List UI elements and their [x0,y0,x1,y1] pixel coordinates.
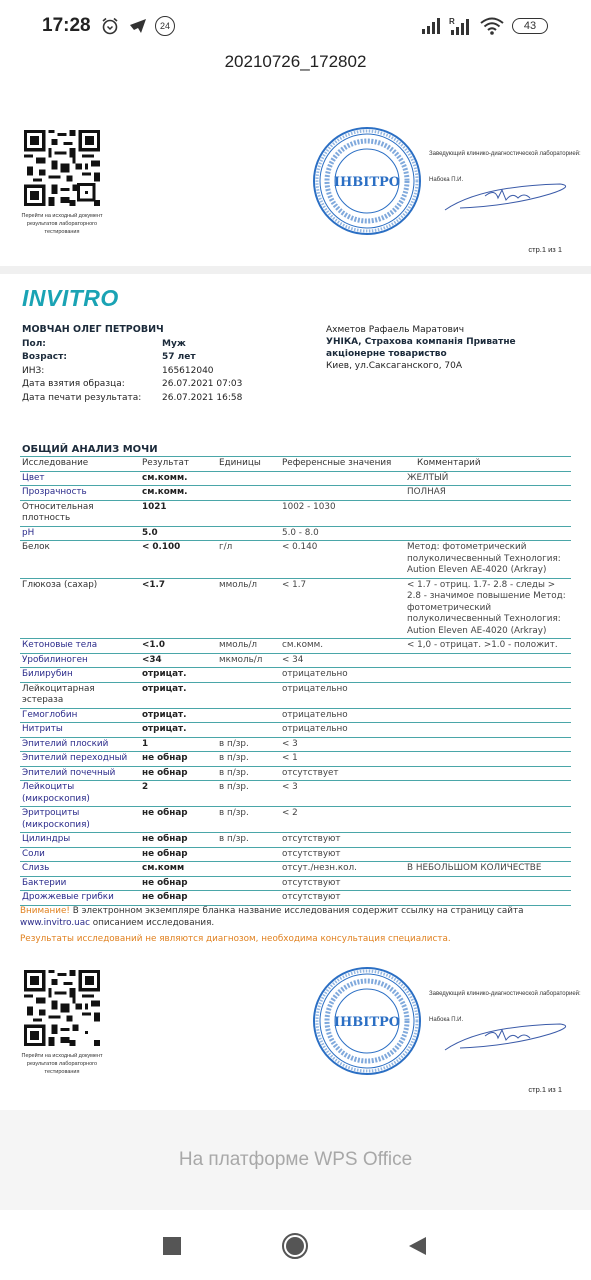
qr-code[interactable] [24,970,100,1046]
field-label: Дата взятия образца: [22,379,162,389]
field-value: 165612040 [162,366,214,376]
reference-value: < 0.140 [280,541,405,555]
comment-text [405,709,571,711]
table-row: Эритроциты (микроскопия)не обнарв п/зр.<… [20,807,571,833]
reference-value [280,472,405,474]
test-name-link[interactable]: Бактерии [20,877,140,891]
page-number: стр.1 из 1 [528,245,562,254]
units-value: в п/зр. [217,767,280,781]
comment-text: < 1,0 - отрицат. >1.0 - положит. [405,639,571,653]
reference-value: 1002 - 1030 [280,501,405,515]
table-row: Относительная плотность10211002 - 1030 [20,501,571,527]
signature-image [440,176,575,216]
disclaimer: Результаты исследований не являются диаг… [20,934,451,944]
table-row: pH5.05.0 - 8.0 [20,527,571,542]
result-value: не обнар [140,752,217,766]
table-row: Билирубинотрицат.отрицательно [20,668,571,683]
comment-text [405,668,571,670]
comment-text [405,781,571,783]
table-row: Уробилиноген<34мкмоль/л< 34 [20,654,571,669]
units-value [217,501,280,503]
reference-value: отрицательно [280,668,405,682]
units-value: в п/зр. [217,781,280,795]
patient-info: МОВЧАН ОЛЕГ ПЕТРОВИЧ Пол: Муж Возраст: 5… [22,324,242,405]
result-value: 2 [140,781,217,795]
notice-text: В электронном экземпляре бланка название… [70,906,524,916]
table-row: Цветсм.комм.ЖЕЛТЫЙ [20,472,571,487]
test-name-link[interactable]: Эпителий плоский [20,738,140,752]
units-value [217,848,280,850]
result-value: <1.7 [140,579,217,593]
reference-value: отрицательно [280,709,405,723]
table-row: Слизьсм.коммотсут./незн.кол.В НЕБОЛЬШОМ … [20,862,571,877]
signer-title: Заведующий клинико-диагностической лабор… [429,990,581,999]
units-value [217,709,280,711]
table-row: Глюкоза (сахар)<1.7ммоль/л< 1.7< 1.7 - о… [20,579,571,640]
table-row: Дрожжевые грибкине обнаротсутствуют [20,891,571,906]
test-name-link[interactable]: Слизь [20,862,140,876]
reference-value: отсутствуют [280,891,405,905]
result-value: не обнар [140,848,217,862]
reference-value: 5.0 - 8.0 [280,527,405,541]
clinic-address: Киев, ул.Саксаганского, 70А [326,360,546,372]
comment-text [405,877,571,879]
result-value: не обнар [140,767,217,781]
comment-text [405,848,571,850]
reference-value: < 3 [280,781,405,795]
units-value [217,683,280,685]
result-value: 1021 [140,501,217,515]
status-time: 17:28 [42,15,91,37]
patient-age-row: Возраст: 57 лет [22,351,242,365]
result-value: не обнар [140,807,217,821]
notice: Внимание! В электронном экземпляре бланк… [20,906,575,929]
wifi-icon [480,15,504,37]
navigation-bar [0,1210,591,1280]
wps-platform-text: На платформе WPS Office [179,1149,412,1171]
table-row: Эпителий переходныйне обнарв п/зр.< 1 [20,752,571,767]
circle-icon [281,1232,309,1260]
units-value [217,877,280,879]
comment-text [405,683,571,685]
test-name-link[interactable]: Нитриты [20,723,140,737]
comment-text [405,752,571,754]
field-value: 26.07.2021 07:03 [162,379,242,389]
stamp-seal-icon: ІНВІТРО [312,966,422,1076]
clinic-info: Ахметов Рафаель Маратович УНІКА, Страхов… [326,324,546,372]
comment-text [405,807,571,809]
test-name-link[interactable]: Соли [20,848,140,862]
signer-title: Заведующий клинико-диагностической лабор… [429,150,581,159]
page-number: стр.1 из 1 [528,1085,562,1094]
units-value: в п/зр. [217,833,280,847]
notice-text-end: описанием исследования. [90,918,214,928]
table-row: Кетоновые тела<1.0ммоль/лсм.комм.< 1,0 -… [20,639,571,654]
stamp-seal-icon: ІНВІТРО [312,126,422,236]
test-name-link[interactable]: Цилиндры [20,833,140,847]
patient-inz-row: ИНЗ: 165612040 [22,364,242,378]
home-button[interactable] [281,1232,309,1260]
document-title: 20210726_172802 [0,52,591,72]
svg-text:ІНВІТРО: ІНВІТРО [334,175,400,190]
result-value: отрицат. [140,683,217,697]
reference-value: < 1 [280,752,405,766]
back-triangle-icon [406,1235,428,1257]
square-icon [162,1236,182,1256]
reference-value: отсутствует [280,767,405,781]
units-value: ммоль/л [217,639,280,653]
test-name: Белок [20,541,140,555]
units-value [217,723,280,725]
units-value [217,668,280,670]
field-value: 26.07.2021 16:58 [162,393,242,403]
test-name-link[interactable]: Эпителий почечный [20,767,140,781]
test-name: Относительная плотность [20,501,140,526]
reference-value: < 2 [280,807,405,821]
column-header: Исследование [20,457,140,471]
reference-value: отсутствуют [280,848,405,862]
qr-code[interactable] [24,130,100,206]
reference-value: отсутствуют [280,877,405,891]
comment-text: ПОЛНАЯ [405,486,571,500]
units-value: ммоль/л [217,579,280,593]
table-row: Прозрачностьсм.комм.ПОЛНАЯ [20,486,571,501]
result-value: не обнар [140,891,217,905]
patient-name: МОВЧАН ОЛЕГ ПЕТРОВИЧ [22,324,242,335]
comment-text [405,501,571,503]
comment-text [405,891,571,893]
invitro-logo: INVITRO [22,285,119,312]
reference-value: отсутствуют [280,833,405,847]
units-value: г/л [217,541,280,555]
column-header: Единицы [217,457,280,471]
reference-value: < 34 [280,654,405,668]
test-name: Лейкоцитарная эстераза [20,683,140,708]
test-name-link[interactable]: Кетоновые тела [20,639,140,653]
result-value: <1.0 [140,639,217,653]
invitro-link[interactable]: www.invitro.uac [20,918,90,928]
field-value: Муж [162,339,186,349]
units-value: в п/зр. [217,738,280,752]
organization-name: УНІКА, Страхова компанія Приватне акціон… [326,336,546,360]
field-label: ИНЗ: [22,366,162,376]
test-name-link[interactable]: Уробилиноген [20,654,140,668]
result-value: см.комм. [140,472,217,486]
back-button[interactable] [403,1232,431,1260]
svg-text:ІНВІТРО: ІНВІТРО [334,1015,400,1030]
result-value: см.комм. [140,486,217,500]
reference-value: см.комм. [280,639,405,653]
results-table: Исследование Результат Единицы Референсн… [20,456,571,906]
test-name-link[interactable]: Эритроциты (микроскопия) [20,807,140,832]
table-row: Эпителий плоский1в п/зр.< 3 [20,738,571,753]
units-value: мкмоль/л [217,654,280,668]
print-date-row: Дата печати результата: 26.07.2021 16:58 [22,391,242,405]
table-row: Лейкоциты (микроскопия)2в п/зр.< 3 [20,781,571,807]
result-value: < 0.100 [140,541,217,555]
status-bar: 17:28 24 R 43 [0,0,591,52]
comment-text [405,833,571,835]
alarm-icon [100,15,120,37]
field-label: Дата печати результата: [22,393,162,403]
units-value: в п/зр. [217,752,280,766]
reference-value: отрицательно [280,683,405,697]
units-value: в п/зр. [217,807,280,821]
warning-label: Внимание! [20,906,70,916]
result-value: отрицат. [140,668,217,682]
reference-value [280,486,405,488]
comment-text [405,654,571,656]
result-value: не обнар [140,877,217,891]
doctor-name: Ахметов Рафаель Маратович [326,324,546,336]
units-value [217,527,280,529]
signal-roaming-icon: R [449,15,471,37]
comment-text: ЖЕЛТЫЙ [405,472,571,486]
table-header: Исследование Результат Единицы Референсн… [20,457,571,472]
test-name-link[interactable]: Прозрачность [20,486,140,500]
test-name-link[interactable]: Цвет [20,472,140,486]
reference-value: отсут./незн.кол. [280,862,405,876]
test-name-link[interactable]: Лейкоциты (микроскопия) [20,781,140,806]
recent-apps-button[interactable] [158,1232,186,1260]
result-value: см.комм [140,862,217,876]
reference-value: отрицательно [280,723,405,737]
signal-icon [420,15,442,37]
comment-text: < 1.7 - отриц. 1.7- 2.8 - следы > 2.8 - … [405,579,571,639]
result-value: отрицат. [140,723,217,737]
units-value [217,891,280,893]
table-row: Солине обнаротсутствуют [20,848,571,863]
result-value: не обнар [140,833,217,847]
table-row: Гемоглобинотрицат.отрицательно [20,709,571,724]
test-name-link[interactable]: Дрожжевые грибки [20,891,140,905]
units-value [217,862,280,864]
reference-value: < 3 [280,738,405,752]
test-name-link[interactable]: Эпителий переходный [20,752,140,766]
svg-text:R: R [449,17,455,26]
comment-text [405,723,571,725]
units-value [217,472,280,474]
result-value: <34 [140,654,217,668]
document-header-block: Перейти на исходный документ результатов… [0,118,591,268]
wps-platform-banner: На платформе WPS Office [0,1110,591,1210]
table-row: Белок< 0.100г/л< 0.140Метод: фотометриче… [20,541,571,579]
table-row: Бактериине обнаротсутствуют [20,877,571,892]
column-header: Комментарий [405,457,571,471]
document-footer-block: Перейти на исходный документ результатов… [0,958,591,1108]
reference-value: < 1.7 [280,579,405,593]
patient-gender-row: Пол: Муж [22,337,242,351]
qr-caption: Перейти на исходный документ результатов… [12,1052,112,1076]
comment-text [405,527,571,529]
test-name: Глюкоза (сахар) [20,579,140,593]
telegram-icon [128,15,148,37]
field-value: 57 лет [162,352,196,362]
battery-icon: 43 [512,18,548,34]
signature-image [440,1016,575,1056]
result-value: 1 [140,738,217,752]
units-value [217,486,280,488]
section-title: ОБЩИЙ АНАЛИЗ МОЧИ [22,444,158,455]
table-row: Эпителий почечныйне обнарв п/зр.отсутств… [20,767,571,782]
comment-text [405,767,571,769]
result-value: отрицат. [140,709,217,723]
table-row: Цилиндрыне обнарв п/зр.отсутствуют [20,833,571,848]
comment-text: Метод: фотометрический полуколичесвенный… [405,541,571,578]
test-name-link[interactable]: pH [20,527,140,541]
test-name-link[interactable]: Гемоглобин [20,709,140,723]
field-label: Возраст: [22,352,162,362]
qr-caption: Перейти на исходный документ результатов… [12,212,112,236]
sample-date-row: Дата взятия образца: 26.07.2021 07:03 [22,378,242,392]
comment-text: В НЕБОЛЬШОМ КОЛИЧЕСТВЕ [405,862,571,876]
column-header: Референсные значения [280,457,405,471]
notification-count-badge: 24 [155,16,175,36]
table-row: Нитритыотрицат.отрицательно [20,723,571,738]
table-row: Лейкоцитарная эстеразаотрицат.отрицатель… [20,683,571,709]
result-value: 5.0 [140,527,217,541]
column-header: Результат [140,457,217,471]
comment-text [405,738,571,740]
field-label: Пол: [22,339,162,349]
page-separator [0,266,591,274]
test-name-link[interactable]: Билирубин [20,668,140,682]
